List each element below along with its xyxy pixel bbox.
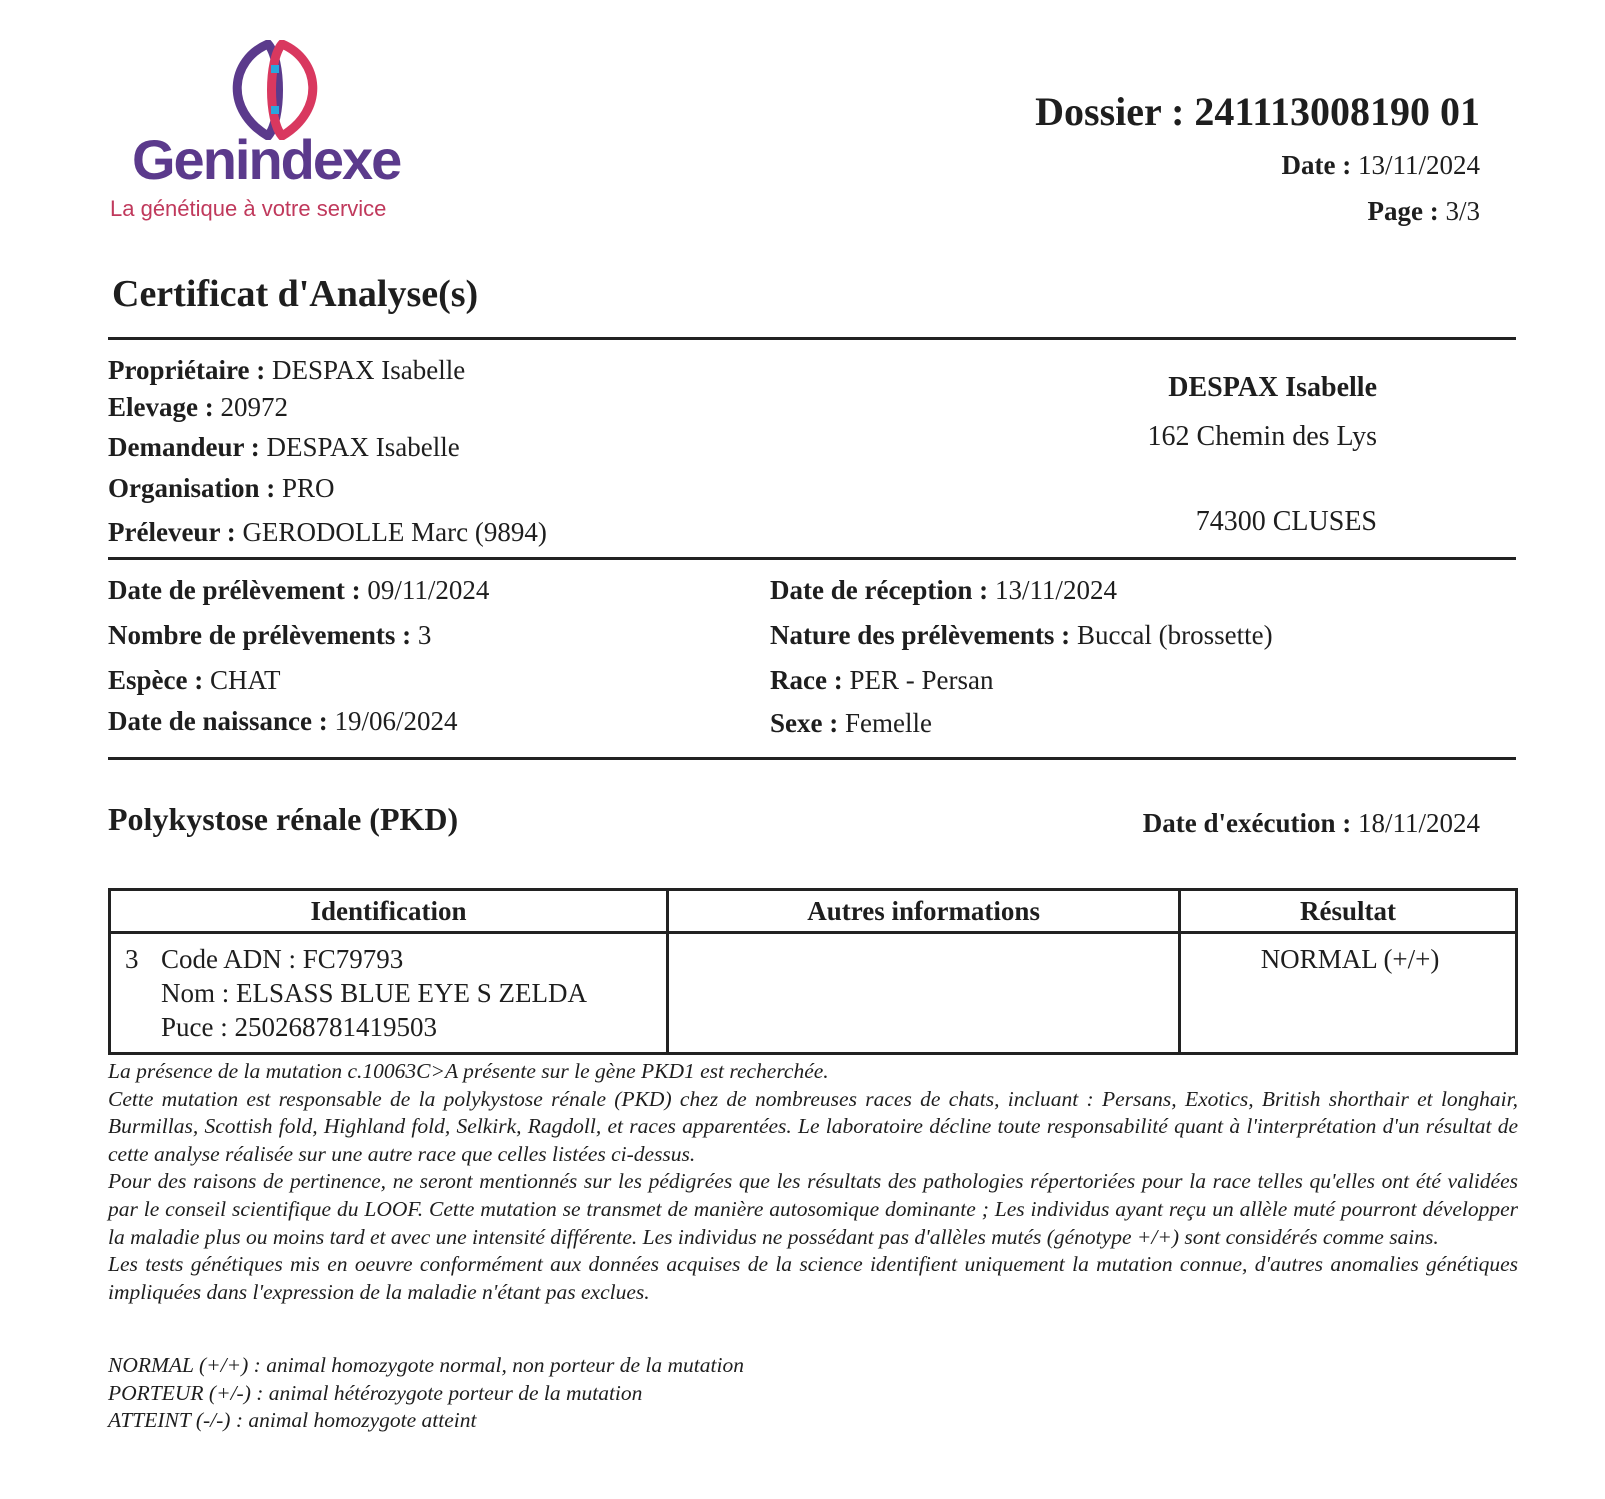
field-label: Sexe : [770,708,838,738]
field-preleveur: Préleveur : GERODOLLE Marc (9894) [108,519,547,546]
analysis-title: Polykystose rénale (PKD) [108,803,458,835]
field-label: Race : [770,665,843,695]
field-value: CHAT [210,665,281,695]
divider [108,337,1516,340]
field-label: Nature des prélèvements : [770,620,1070,650]
note-paragraph: Cette mutation est responsable de la pol… [108,1086,1518,1169]
date-value: 13/11/2024 [1358,150,1480,180]
field-value: PRO [282,473,335,503]
sample-index: 3 [125,942,161,1044]
field-label: Préleveur : [108,517,236,547]
field-elevage: Elevage : 20972 [108,394,288,421]
field-value: PER - Persan [849,665,993,695]
col-autres-informations: Autres informations [668,890,1180,933]
table-row: 3 Code ADN : FC79793 Nom : ELSASS BLUE E… [110,933,1517,1054]
dossier-number: Dossier : 241113008190 01 [1035,92,1480,132]
field-value: Femelle [845,708,932,738]
field-nature-prelevements: Nature des prélèvements : Buccal (brosse… [770,622,1273,649]
field-value: 3 [418,620,432,650]
field-nombre-prelevements: Nombre de prélèvements : 3 [108,622,431,649]
col-identification: Identification [110,890,668,933]
field-label: Organisation : [108,473,275,503]
page-value: 3/3 [1445,196,1480,226]
date-label: Date : [1282,150,1352,180]
note-paragraph: Les tests génétiques mis en oeuvre confo… [108,1251,1518,1306]
identification-cell: 3 Code ADN : FC79793 Nom : ELSASS BLUE E… [110,933,668,1054]
field-proprietaire: Propriétaire : DESPAX Isabelle [108,357,465,384]
other-info-cell [668,933,1180,1054]
logo-wordmark: Genindexe [132,132,400,188]
field-value: DESPAX Isabelle [272,355,465,385]
field-date-prelevement: Date de prélèvement : 09/11/2024 [108,577,489,604]
col-resultat: Résultat [1180,890,1517,933]
field-value: 19/06/2024 [334,706,457,736]
genindexe-logo-icon [220,40,330,140]
field-value: 09/11/2024 [367,575,489,605]
certificate-title: Certificat d'Analyse(s) [112,275,478,313]
field-label: Elevage : [108,392,214,422]
field-race: Race : PER - Persan [770,667,993,694]
page-label: Page : [1368,196,1439,226]
address-street: 162 Chemin des Lys [1148,423,1377,451]
animal-name: Nom : ELSASS BLUE EYE S ZELDA [161,976,587,1010]
field-value: 18/11/2024 [1358,808,1480,838]
divider [108,757,1516,760]
genotype-legend: NORMAL (+/+) : animal homozygote normal,… [108,1352,744,1435]
logo-tagline: La génétique à votre service [110,198,386,220]
dossier-label: Dossier : [1035,89,1184,134]
field-espece: Espèce : CHAT [108,667,281,694]
field-label: Nombre de prélèvements : [108,620,411,650]
field-sexe: Sexe : Femelle [770,710,932,737]
field-label: Demandeur : [108,432,260,462]
result-cell: NORMAL (+/+) [1180,933,1517,1054]
field-demandeur: Demandeur : DESPAX Isabelle [108,434,460,461]
code-adn: Code ADN : FC79793 [161,942,587,976]
address-city: 74300 CLUSES [1196,508,1377,536]
header-date: Date : 13/11/2024 [1282,152,1480,179]
field-value: 20972 [220,392,288,422]
legend-normal: NORMAL (+/+) : animal homozygote normal,… [108,1352,744,1380]
note-paragraph: La présence de la mutation c.10063C>A pr… [108,1058,1518,1086]
field-value: DESPAX Isabelle [267,432,460,462]
field-value: Buccal (brossette) [1077,620,1273,650]
field-value: GERODOLLE Marc (9894) [242,517,546,547]
field-value: 13/11/2024 [995,575,1117,605]
field-label: Date de naissance : [108,706,328,736]
field-label: Espèce : [108,665,203,695]
field-label: Date de réception : [770,575,988,605]
results-table: Identification Autres informations Résul… [108,888,1518,1055]
field-label: Propriétaire : [108,355,265,385]
execution-date: Date d'exécution : 18/11/2024 [1143,810,1480,837]
address-name: DESPAX Isabelle [1168,374,1377,402]
field-date-naissance: Date de naissance : 19/06/2024 [108,708,458,735]
header-page: Page : 3/3 [1368,198,1480,225]
field-label: Date d'exécution : [1143,808,1351,838]
field-label: Date de prélèvement : [108,575,361,605]
table-header-row: Identification Autres informations Résul… [110,890,1517,933]
analysis-notes: La présence de la mutation c.10063C>A pr… [108,1058,1518,1306]
field-date-reception: Date de réception : 13/11/2024 [770,577,1117,604]
legend-porteur: PORTEUR (+/-) : animal hétérozygote port… [108,1380,744,1408]
dossier-value: 241113008190 01 [1194,89,1480,134]
microchip: Puce : 250268781419503 [161,1010,587,1044]
divider [108,557,1516,560]
field-organisation: Organisation : PRO [108,475,335,502]
note-paragraph: Pour des raisons de pertinence, ne seron… [108,1168,1518,1251]
legend-atteint: ATTEINT (-/-) : animal homozygote attein… [108,1407,744,1435]
